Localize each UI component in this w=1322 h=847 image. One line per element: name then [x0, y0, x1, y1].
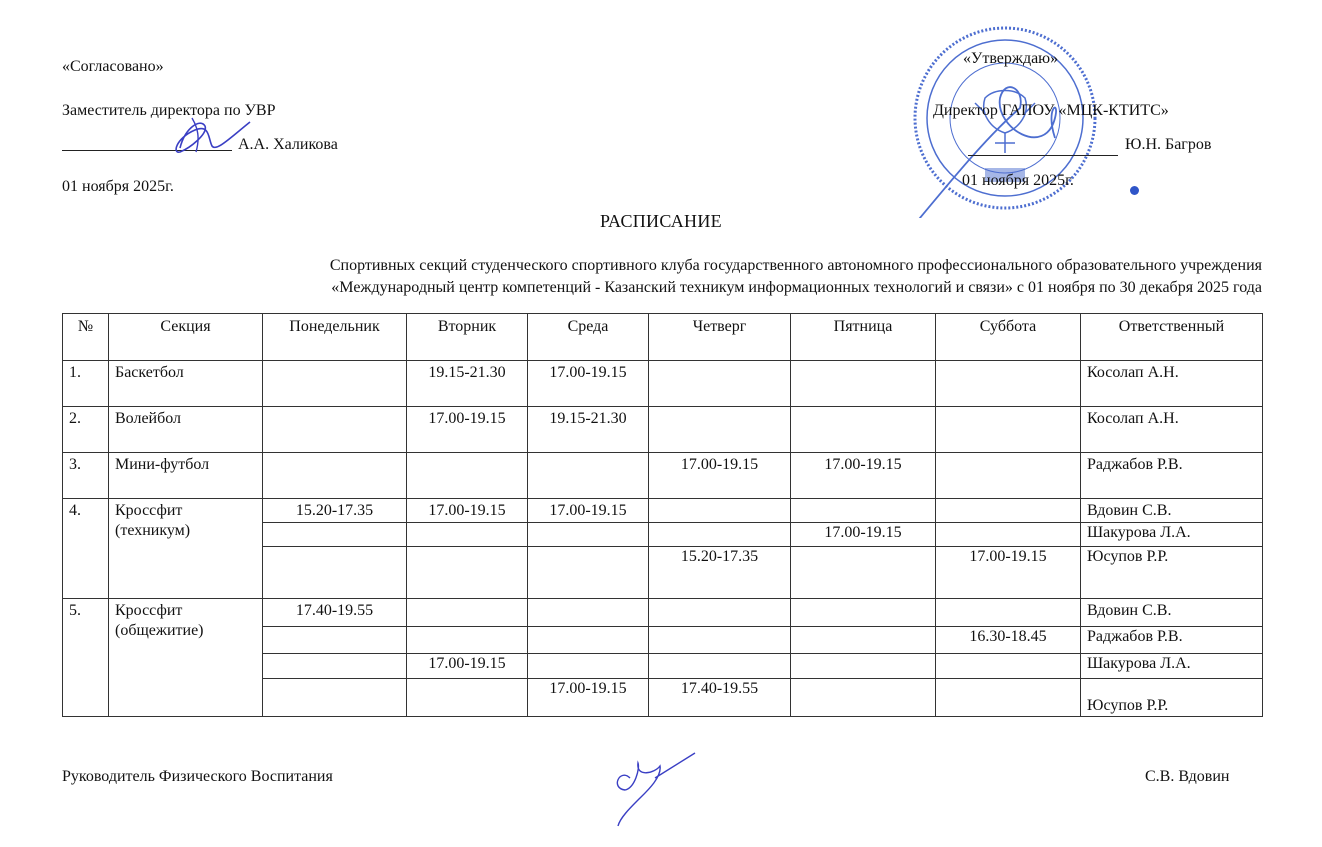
time-cell-fri — [791, 361, 936, 407]
time-cell-thu — [649, 654, 791, 679]
time-cell-wed: 19.15-21.30 — [528, 407, 649, 453]
time-cell-mon: 17.40-19.55 — [263, 599, 407, 627]
time-cell-mon — [263, 407, 407, 453]
time-cell-mon — [263, 679, 407, 717]
approval-left-date: 01 ноября 2025г. — [62, 178, 174, 196]
column-header-num: № — [63, 314, 109, 361]
document-subtitle-line1: Спортивных секций студенческого спортивн… — [330, 257, 1262, 275]
time-cell-thu — [649, 523, 791, 547]
time-cell-tue: 17.00-19.15 — [407, 499, 528, 523]
section-number: 1. — [63, 361, 109, 407]
ink-blot-icon — [1130, 186, 1139, 195]
approval-right-position: Директор ГАПОУ «МЦК-КТИТС» — [933, 102, 1169, 120]
time-cell-wed — [528, 654, 649, 679]
time-cell-fri — [791, 407, 936, 453]
footer-position: Руководитель Физического Воспитания — [62, 768, 333, 786]
time-cell-thu — [649, 499, 791, 523]
section-number: 2. — [63, 407, 109, 453]
time-cell-mon — [263, 453, 407, 499]
time-cell-sat — [936, 654, 1081, 679]
section-number: 4. — [63, 499, 109, 599]
time-cell-mon — [263, 523, 407, 547]
time-cell-sat — [936, 523, 1081, 547]
time-cell-thu: 17.40-19.55 — [649, 679, 791, 717]
table-row: 2.Волейбол17.00-19.1519.15-21.30Косолап … — [63, 407, 1263, 453]
responsible-person: Раджабов Р.В. — [1081, 453, 1263, 499]
time-cell-tue — [407, 523, 528, 547]
table-header-row: №СекцияПонедельникВторникСредаЧетвергПят… — [63, 314, 1263, 361]
responsible-person: Раджабов Р.В. — [1081, 627, 1263, 654]
time-cell-thu — [649, 599, 791, 627]
section-number: 3. — [63, 453, 109, 499]
time-cell-fri — [791, 679, 936, 717]
responsible-person: Шакурова Л.А. — [1081, 523, 1263, 547]
time-cell-sat — [936, 679, 1081, 717]
time-cell-fri — [791, 627, 936, 654]
column-header-name: Секция — [109, 314, 263, 361]
time-cell-tue — [407, 599, 528, 627]
time-cell-thu — [649, 407, 791, 453]
time-cell-wed — [528, 627, 649, 654]
time-cell-sat — [936, 361, 1081, 407]
section-name: Мини-футбол — [109, 453, 263, 499]
time-cell-fri — [791, 499, 936, 523]
section-name: Кроссфит (общежитие) — [109, 599, 263, 717]
time-cell-thu — [649, 361, 791, 407]
time-cell-thu: 17.00-19.15 — [649, 453, 791, 499]
responsible-person: Косолап А.Н. — [1081, 361, 1263, 407]
column-header-wed: Среда — [528, 314, 649, 361]
schedule-table: №СекцияПонедельникВторникСредаЧетвергПят… — [62, 313, 1263, 717]
time-cell-mon — [263, 627, 407, 654]
section-name: Кроссфит (техникум) — [109, 499, 263, 599]
time-cell-mon: 15.20-17.35 — [263, 499, 407, 523]
time-cell-thu — [649, 627, 791, 654]
responsible-person: Шакурова Л.А. — [1081, 654, 1263, 679]
table-row: 5.Кроссфит (общежитие)17.40-19.55Вдовин … — [63, 599, 1263, 627]
time-cell-fri: 17.00-19.15 — [791, 523, 936, 547]
time-cell-tue: 17.00-19.15 — [407, 654, 528, 679]
responsible-person: Вдовин С.В. — [1081, 499, 1263, 523]
section-name: Волейбол — [109, 407, 263, 453]
column-header-fri: Пятница — [791, 314, 936, 361]
time-cell-wed — [528, 523, 649, 547]
time-cell-fri — [791, 547, 936, 599]
footer-name: С.В. Вдовин — [1145, 768, 1229, 786]
time-cell-tue — [407, 679, 528, 717]
time-cell-tue — [407, 547, 528, 599]
document-title: РАСПИСАНИЕ — [0, 211, 1322, 232]
time-cell-sat — [936, 599, 1081, 627]
time-cell-wed — [528, 599, 649, 627]
time-cell-mon — [263, 547, 407, 599]
time-cell-wed: 17.00-19.15 — [528, 679, 649, 717]
time-cell-wed: 17.00-19.15 — [528, 361, 649, 407]
time-cell-wed: 17.00-19.15 — [528, 499, 649, 523]
column-header-mon: Понедельник — [263, 314, 407, 361]
time-cell-fri — [791, 654, 936, 679]
table-row: 4.Кроссфит (техникум)15.20-17.3517.00-19… — [63, 499, 1263, 523]
time-cell-sat — [936, 407, 1081, 453]
table-row: 1.Баскетбол19.15-21.3017.00-19.15Косолап… — [63, 361, 1263, 407]
column-header-tue: Вторник — [407, 314, 528, 361]
time-cell-tue — [407, 453, 528, 499]
column-header-sat: Суббота — [936, 314, 1081, 361]
approval-right-label: «Утверждаю» — [963, 50, 1058, 68]
document-subtitle-line2: «Международный центр компетенций - Казан… — [331, 279, 1262, 297]
column-header-thu: Четверг — [649, 314, 791, 361]
time-cell-fri — [791, 599, 936, 627]
time-cell-fri: 17.00-19.15 — [791, 453, 936, 499]
time-cell-tue: 19.15-21.30 — [407, 361, 528, 407]
time-cell-thu: 15.20-17.35 — [649, 547, 791, 599]
approval-right-name: Ю.Н. Багров — [1125, 136, 1211, 154]
responsible-person: Юсупов Р.Р. — [1081, 547, 1263, 599]
section-number: 5. — [63, 599, 109, 717]
signature-icon — [150, 108, 260, 158]
time-cell-wed — [528, 453, 649, 499]
time-cell-wed — [528, 547, 649, 599]
column-header-resp: Ответственный — [1081, 314, 1263, 361]
section-name: Баскетбол — [109, 361, 263, 407]
time-cell-sat: 16.30-18.45 — [936, 627, 1081, 654]
signature-icon — [600, 748, 710, 828]
approval-right-date: 01 ноября 2025г. — [962, 172, 1074, 190]
time-cell-sat — [936, 453, 1081, 499]
time-cell-tue — [407, 627, 528, 654]
table-row: 3.Мини-футбол17.00-19.1517.00-19.15Раджа… — [63, 453, 1263, 499]
time-cell-tue: 17.00-19.15 — [407, 407, 528, 453]
responsible-person: Юсупов Р.Р. — [1081, 679, 1263, 717]
approval-left-label: «Согласовано» — [62, 58, 164, 76]
responsible-person: Косолап А.Н. — [1081, 407, 1263, 453]
signature-line — [968, 155, 1118, 156]
responsible-person: Вдовин С.В. — [1081, 599, 1263, 627]
time-cell-sat — [936, 499, 1081, 523]
time-cell-mon — [263, 654, 407, 679]
time-cell-mon — [263, 361, 407, 407]
time-cell-sat: 17.00-19.15 — [936, 547, 1081, 599]
